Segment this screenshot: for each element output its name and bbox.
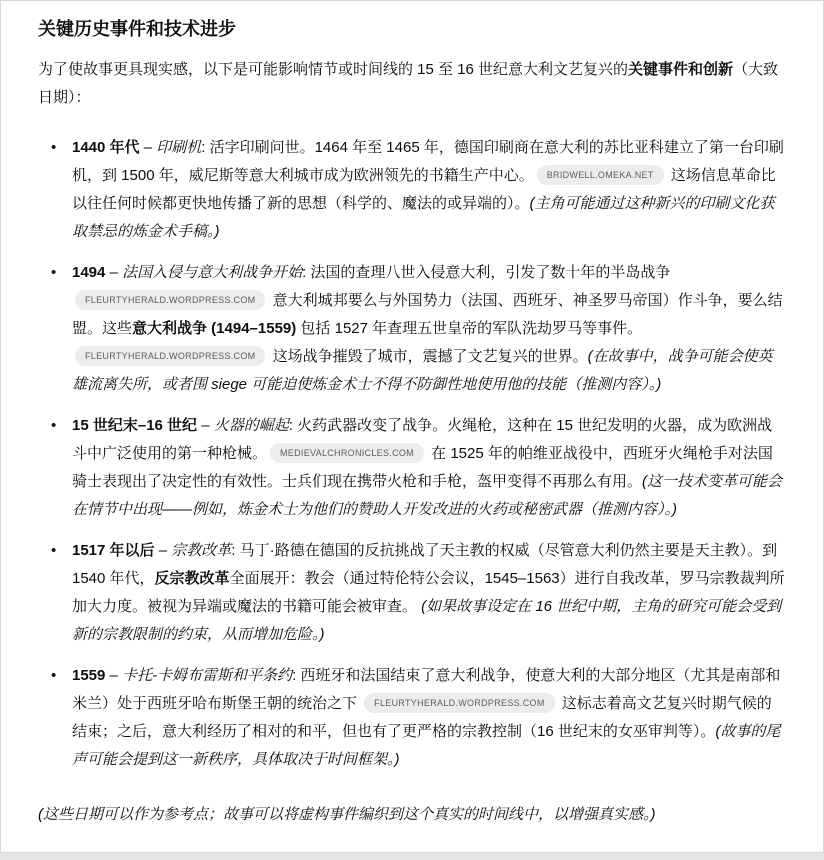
body-text: : 法国的查理八世入侵意大利，引发了数十年的半岛战争 bbox=[302, 264, 670, 281]
bold-text: 关键事件和创新 bbox=[628, 61, 733, 78]
list-item-1494-french-invasion: 1494 – 法国入侵与意大利战争开始: 法国的查理八世入侵意大利，引发了数十年… bbox=[51, 259, 786, 399]
citation-badge[interactable]: FLEURTYHERALD.WORDPRESS.COM bbox=[364, 693, 554, 713]
body-text: – bbox=[155, 542, 172, 559]
closing-note: (这些日期可以作为参考点；故事可以将虚构事件编织到这个真实的时间线中，以增强真实… bbox=[38, 801, 786, 829]
list-item-1440s-printing-press: 1440 年代 – 印刷机: 活字印刷问世。1464 年至 1465 年，德国印… bbox=[51, 134, 786, 246]
body-text: – bbox=[105, 667, 122, 684]
citation-badge[interactable]: MEDIEVALCHRONICLES.COM bbox=[270, 443, 424, 463]
body-text: 这场战争摧毁了城市，震撼了文艺复兴的世界。 bbox=[268, 348, 587, 365]
bold-text: 15 世纪末–16 世纪 bbox=[72, 417, 197, 434]
event-list: 1440 年代 – 印刷机: 活字印刷问世。1464 年至 1465 年，德国印… bbox=[51, 134, 786, 774]
list-item-1517-reformation: 1517 年以后 – 宗教改革: 马丁·路德在德国的反抗挑战了天主教的权威（尽管… bbox=[51, 537, 786, 649]
intro-paragraph: 为了使故事更具现实感，以下是可能影响情节或时间线的 15 至 16 世纪意大利文… bbox=[38, 56, 786, 112]
page-title: 关键历史事件和技术进步 bbox=[38, 17, 786, 41]
citation-badge[interactable]: FLEURTYHERALD.WORDPRESS.COM bbox=[75, 290, 265, 310]
bold-text: 反宗教改革 bbox=[155, 570, 230, 587]
list-item-firearms-rise: 15 世纪末–16 世纪 – 火器的崛起: 火药武器改变了战争。火绳枪，这种在 … bbox=[51, 412, 786, 524]
bold-text: 1440 年代 bbox=[72, 139, 140, 156]
body-text: 为了使故事更具现实感，以下是可能影响情节或时间线的 15 至 16 世纪意大利文… bbox=[38, 61, 628, 78]
italic-text: 卡托-卡姆布雷斯和平条约 bbox=[122, 667, 292, 684]
italic-text: 火器的崛起 bbox=[214, 417, 289, 434]
bold-text: 1494 bbox=[72, 264, 105, 281]
body-text: 包括 1527 年查理五世皇帝的军队洗劫罗马等事件。 bbox=[296, 320, 642, 337]
citation-badge[interactable]: BRIDWELL.OMEKA.NET bbox=[537, 165, 664, 185]
italic-text: 宗教改革 bbox=[171, 542, 231, 559]
list-item-1559-peace-treaty: 1559 – 卡托-卡姆布雷斯和平条约: 西班牙和法国结束了意大利战争，使意大利… bbox=[51, 662, 786, 774]
citation-badge[interactable]: FLEURTYHERALD.WORDPRESS.COM bbox=[75, 346, 265, 366]
bold-text: 1559 bbox=[72, 667, 105, 684]
bold-text: 1517 年以后 bbox=[72, 542, 155, 559]
italic-text: 法国入侵与意大利战争开始 bbox=[122, 264, 302, 281]
body-text: – bbox=[140, 139, 157, 156]
document-page: 关键历史事件和技术进步 为了使故事更具现实感，以下是可能影响情节或时间线的 15… bbox=[0, 0, 824, 853]
body-text: – bbox=[105, 264, 122, 281]
italic-text: 印刷机 bbox=[156, 139, 201, 156]
bold-text: 意大利战争 (1494–1559) bbox=[132, 320, 296, 337]
body-text: – bbox=[197, 417, 214, 434]
